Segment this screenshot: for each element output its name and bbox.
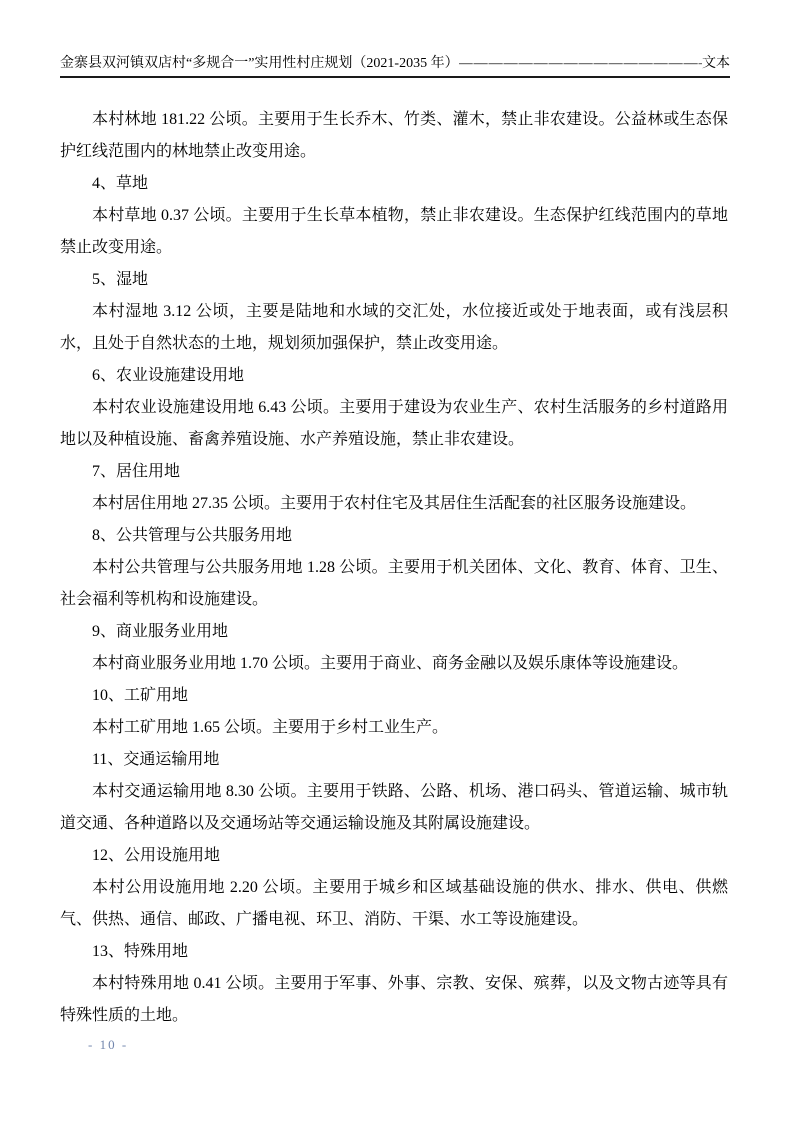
page-header: 金寨县双河镇双店村“多规合一”实用性村庄规划（2021-2035 年） ————… [60,54,730,78]
section-heading: 13、特殊用地 [60,936,728,968]
body-paragraph: 本村公共管理与公共服务用地 1.28 公顷。主要用于机关团体、文化、教育、体育、… [60,552,728,616]
section-heading: 7、居住用地 [60,456,728,488]
body-paragraph: 本村草地 0.37 公顷。主要用于生长草本植物，禁止非农建设。生态保护红线范围内… [60,200,728,264]
section-heading: 11、交通运输用地 [60,744,728,776]
section-heading: 5、湿地 [60,264,728,296]
header-title: 金寨县双河镇双店村“多规合一”实用性村庄规划（2021-2035 年） [60,54,459,74]
body-paragraph: 本村农业设施建设用地 6.43 公顷。主要用于建设为农业生产、农村生活服务的乡村… [60,392,728,456]
section-heading: 10、工矿用地 [60,680,728,712]
body-paragraph: 本村商业服务业用地 1.70 公顷。主要用于商业、商务金融以及娱乐康体等设施建设… [60,648,728,680]
section-heading: 8、公共管理与公共服务用地 [60,520,728,552]
body-paragraph: 本村公用设施用地 2.20 公顷。主要用于城乡和区域基础设施的供水、排水、供电、… [60,872,728,936]
body-paragraph: 本村林地 181.22 公顷。主要用于生长乔木、竹类、灌木，禁止非农建设。公益林… [60,104,728,168]
body-paragraph: 本村特殊用地 0.41 公顷。主要用于军事、外事、宗教、安保、殡葬，以及文物古迹… [60,968,728,1032]
document-body: 本村林地 181.22 公顷。主要用于生长乔木、竹类、灌木，禁止非农建设。公益林… [60,104,728,1032]
body-paragraph: 本村交通运输用地 8.30 公顷。主要用于铁路、公路、机场、港口码头、管道运输、… [60,776,728,840]
body-paragraph: 本村工矿用地 1.65 公顷。主要用于乡村工业生产。 [60,712,728,744]
body-paragraph: 本村居住用地 27.35 公顷。主要用于农村住宅及其居住生活配套的社区服务设施建… [60,488,728,520]
section-heading: 6、农业设施建设用地 [60,360,728,392]
page-number: - 10 - [88,1037,128,1052]
document-page: 金寨县双河镇双店村“多规合一”实用性村庄规划（2021-2035 年） ————… [0,0,794,1122]
section-heading: 9、商业服务业用地 [60,616,728,648]
header-doc-type-label: 文本 [702,54,730,74]
page-footer: - 10 - [88,1036,128,1054]
body-paragraph: 本村湿地 3.12 公顷，主要是陆地和水域的交汇处，水位接近或处于地表面，或有浅… [60,296,728,360]
section-heading: 12、公用设施用地 [60,840,728,872]
header-dash-rule: ——————————————————————————————— [459,54,702,74]
section-heading: 4、草地 [60,168,728,200]
